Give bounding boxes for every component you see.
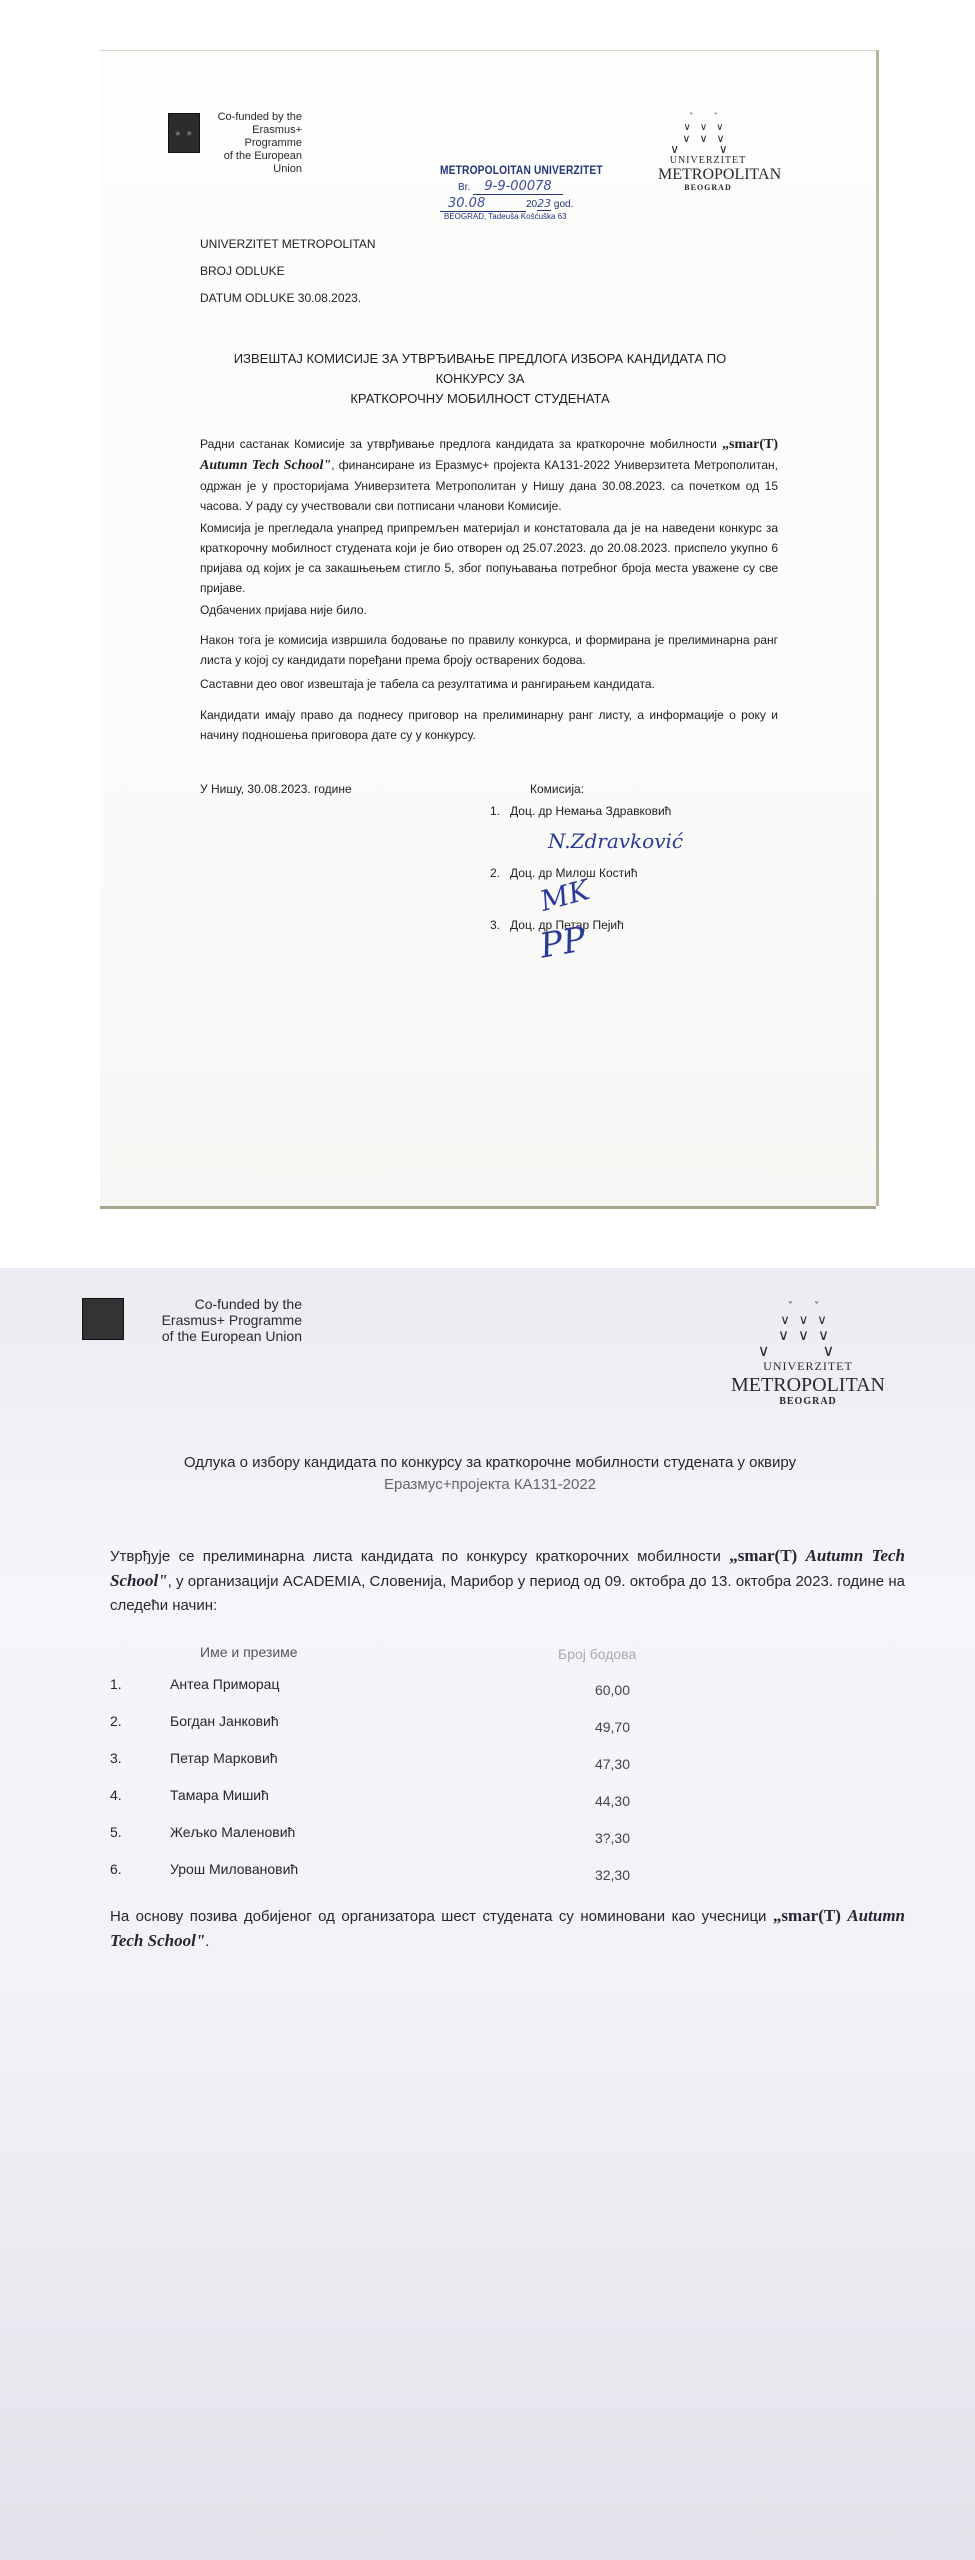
registration-stamp: METROPOLOITAN UNIVERZITET Br. 9-9-00078 … <box>440 163 610 221</box>
chevron-icon: ˅ ˅ <box>728 1300 888 1314</box>
project-name: „smar(T) <box>773 1906 841 1925</box>
candidate-points: 3?,30 <box>595 1830 630 1846</box>
stamp-year-prefix: 20 <box>526 199 537 210</box>
signature-3: PP <box>537 919 589 966</box>
candidate-name: Петар Марковић <box>170 1750 278 1766</box>
eu-flag-icon: ★ ★ <box>168 113 200 153</box>
document-page-1: ★ ★ Co-funded by the Erasmus+ Programme … <box>100 50 876 1206</box>
decision-title-line: Одлука о избору кандидата по конкурсу за… <box>90 1452 890 1474</box>
paragraph-applications: Комисија је прегледала унапред припремље… <box>200 518 778 598</box>
candidate-name: Антеа Приморац <box>170 1676 279 1692</box>
rank-number: 4. <box>110 1787 122 1803</box>
cofunded-line: Erasmus+ Programme <box>202 124 302 150</box>
candidate-points: 44,30 <box>595 1793 630 1809</box>
member-number: 2. <box>490 866 500 880</box>
place-date: У Нишу, 30.08.2023. године <box>200 782 352 796</box>
commission-member: 1. Доц. др Немања Здравковић <box>490 804 671 818</box>
document-page-2: Co-funded by the Erasmus+ Programme of t… <box>0 1268 975 2560</box>
metropolitan-logo: ˅ ˅ ∨∨∨ ∨∨∨ ∨ ∨ UNIVERZITET METROPOLITAN… <box>658 111 758 192</box>
paragraph-appeal: Кандидати имају право да поднесу пригово… <box>200 705 778 745</box>
text: Радни састанак Комисије за утврђивање пр… <box>200 437 722 451</box>
table-header-name: Име и презиме <box>200 1644 298 1660</box>
chevron-icon: ∨ ∨ <box>658 144 758 155</box>
decision-title-line: Еразмус+пројекта КА131-2022 <box>90 1474 890 1496</box>
member-number: 1. <box>490 804 500 818</box>
stamp-title: METROPOLOITAN UNIVERZITET <box>440 163 585 177</box>
logo-name: METROPOLITAN <box>658 166 758 183</box>
project-name: Autumn Tech School" <box>200 458 331 473</box>
table-row: 4.Тамара Мишић44,30 <box>110 1787 630 1817</box>
table-row: 3.Петар Марковић47,30 <box>110 1750 630 1780</box>
logo-univerzitet: UNIVERZITET <box>728 1359 888 1374</box>
cofunded-line: of the European Union <box>202 150 302 176</box>
report-title-line: ИЗВЕШТАЈ КОМИСИЈЕ ЗА УТВРЂИВАЊЕ ПРЕДЛОГА… <box>200 349 760 389</box>
paragraph-rejected: Одбачених пријава није било. <box>200 600 778 620</box>
text: , у организацији ACADEMIA, Словенија, Ма… <box>110 1573 905 1614</box>
rank-number: 2. <box>110 1713 122 1729</box>
text: На основу позива добијеног од организато… <box>110 1908 773 1925</box>
decision-title: Одлука о избору кандидата по конкурсу за… <box>90 1452 890 1496</box>
cofunded-line: of the European Union <box>122 1328 302 1344</box>
chevron-icon: ˅ ˅ <box>658 111 758 122</box>
cofunded-text: Co-funded by the Erasmus+ Programme of t… <box>122 1296 302 1344</box>
rank-number: 6. <box>110 1861 122 1877</box>
table-row: 2.Богдан Јанковић49,70 <box>110 1713 630 1743</box>
cofunded-line: Co-funded by the <box>202 111 302 124</box>
project-name: „smar(T) <box>729 1546 797 1565</box>
paragraph-preliminary-list: Утврђује се прелиминарна листа кандидата… <box>110 1544 905 1618</box>
candidate-points: 47,30 <box>595 1756 630 1772</box>
eu-flag-icon <box>82 1298 124 1340</box>
logo-univerzitet: UNIVERZITET <box>658 155 758 166</box>
stamp-year: 23 <box>537 197 551 211</box>
candidate-name: Урош Миловановић <box>170 1861 298 1877</box>
stamp-god: god. <box>554 199 573 210</box>
chevron-icon: ∨ ∨ <box>728 1343 888 1359</box>
text: . <box>205 1933 209 1950</box>
candidate-name: Богдан Јанковић <box>170 1713 279 1729</box>
report-title-line: КРАТКОРОЧНУ МОБИЛНОСТ СТУДЕНАТА <box>200 389 760 409</box>
signature-1: N.Zdravković <box>548 829 683 853</box>
logo-city: BEOGRAD <box>728 1396 888 1407</box>
cofunded-text: Co-funded by the Erasmus+ Programme of t… <box>202 111 302 176</box>
cofunded-line: Co-funded by the <box>122 1296 302 1312</box>
rank-number: 3. <box>110 1750 122 1766</box>
table-row: 1.Антеа Приморац60,00 <box>110 1676 630 1706</box>
stamp-date: 30.08 <box>440 196 526 212</box>
commission-label: Комисија: <box>530 782 584 796</box>
table-row: 5.Жељко Маленовић3?,30 <box>110 1824 630 1854</box>
candidate-name: Жељко Маленовић <box>170 1824 295 1840</box>
candidate-name: Тамара Мишић <box>170 1787 269 1803</box>
project-name: „smar(T) <box>722 437 778 452</box>
stamp-br-label: Br. <box>458 182 470 193</box>
paragraph-meeting: Радни састанак Комисије за утврђивање пр… <box>200 434 778 516</box>
member-name: Доц. др Немања Здравковић <box>510 804 671 818</box>
report-title: ИЗВЕШТАЈ КОМИСИЈЕ ЗА УТВРЂИВАЊЕ ПРЕДЛОГА… <box>200 349 760 409</box>
logo-city: BEOGRAD <box>658 183 758 192</box>
text: Утврђује се прелиминарна листа кандидата… <box>110 1548 729 1565</box>
rank-number: 1. <box>110 1676 122 1692</box>
rank-number: 5. <box>110 1824 122 1840</box>
candidate-points: 60,00 <box>595 1682 630 1698</box>
stamp-address: BEOGRAD, Tadeuša Košćuška 63 <box>440 212 610 221</box>
cofunded-line: Erasmus+ Programme <box>122 1312 302 1328</box>
table-header-points: Број бодова <box>558 1646 636 1662</box>
paragraph-scoring: Након тога је комисија извршила бодовање… <box>200 630 778 670</box>
candidate-points: 49,70 <box>595 1719 630 1735</box>
meta-decision-number: BROJ ODLUKE <box>200 264 376 278</box>
paragraph-nomination: На основу позива добијеног од организато… <box>110 1904 905 1954</box>
table-row: 6.Урош Миловановић32,30 <box>110 1861 630 1891</box>
paragraph-table-note: Саставни део овог извештаја је табела са… <box>200 674 778 694</box>
stamp-number: 9-9-00078 <box>473 179 563 195</box>
meta-university: UNIVERZITET METROPOLITAN <box>200 237 376 251</box>
meta-decision-date: DATUM ODLUKE 30.08.2023. <box>200 291 376 305</box>
metropolitan-logo: ˅ ˅ ∨∨∨ ∨∨∨ ∨ ∨ UNIVERZITET METROPOLITAN… <box>728 1300 888 1407</box>
logo-name: METROPOLITAN <box>728 1374 888 1396</box>
member-number: 3. <box>490 918 500 932</box>
candidate-points: 32,30 <box>595 1867 630 1883</box>
decision-meta: UNIVERZITET METROPOLITAN BROJ ODLUKE DAT… <box>200 237 376 305</box>
